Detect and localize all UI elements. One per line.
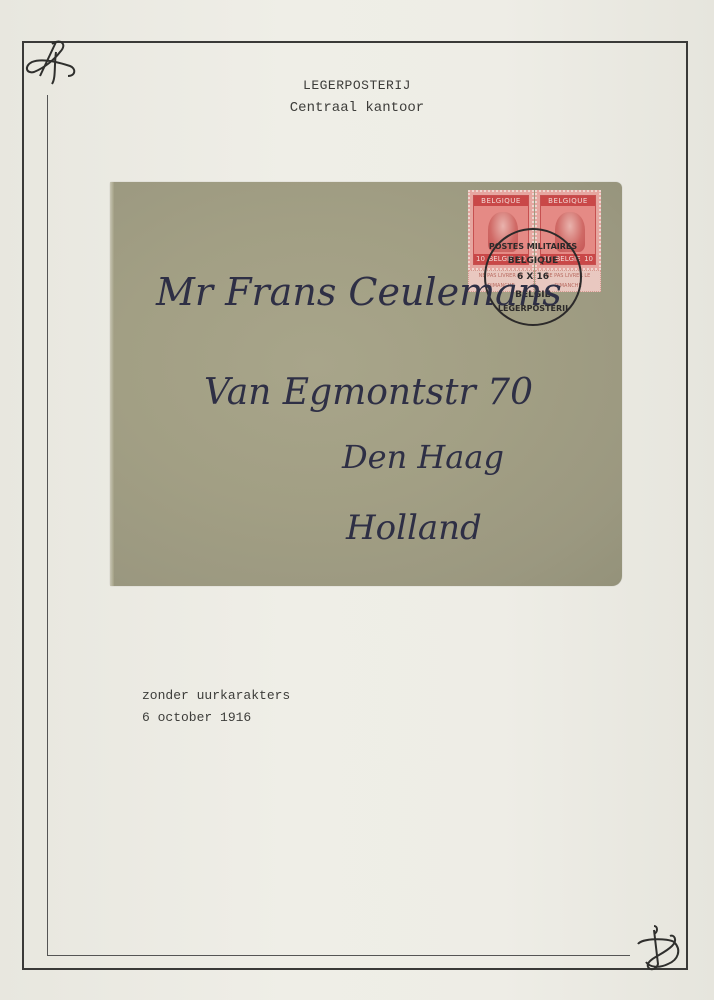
address-line-2: Van Egmontstr 70 [204, 372, 533, 413]
envelope: BELGIQUE 10 BELGIE 10 NE PAS LIVRER LE D… [110, 182, 622, 586]
envelope-edge [110, 182, 114, 586]
corner-ornament-icon [628, 920, 688, 980]
inner-border-left [47, 95, 48, 955]
stamp-country: BELGIQUE [474, 196, 528, 206]
caption-line-2: 6 october 1916 [142, 710, 251, 725]
address-line-1: Mr Frans Ceulemans [156, 270, 562, 314]
address-line-3: Den Haag [342, 438, 504, 476]
address-line-4: Holland [346, 508, 482, 548]
page-title: LEGERPOSTERIJ [0, 78, 714, 93]
caption-line-1: zonder uurkarakters [142, 688, 290, 703]
postmark-middle: BELGIQUE [486, 256, 580, 266]
stamp-denomination: 10 [476, 254, 485, 264]
inner-border-bottom [47, 955, 630, 956]
stamp-denomination: 10 [584, 254, 593, 264]
page-subtitle: Centraal kantoor [0, 100, 714, 116]
stamp-country: BELGIQUE [541, 196, 595, 206]
album-page: LEGERPOSTERIJ Centraal kantoor BELGIQUE … [0, 0, 714, 1000]
postmark-top: POSTES MILITAIRES [486, 242, 580, 251]
